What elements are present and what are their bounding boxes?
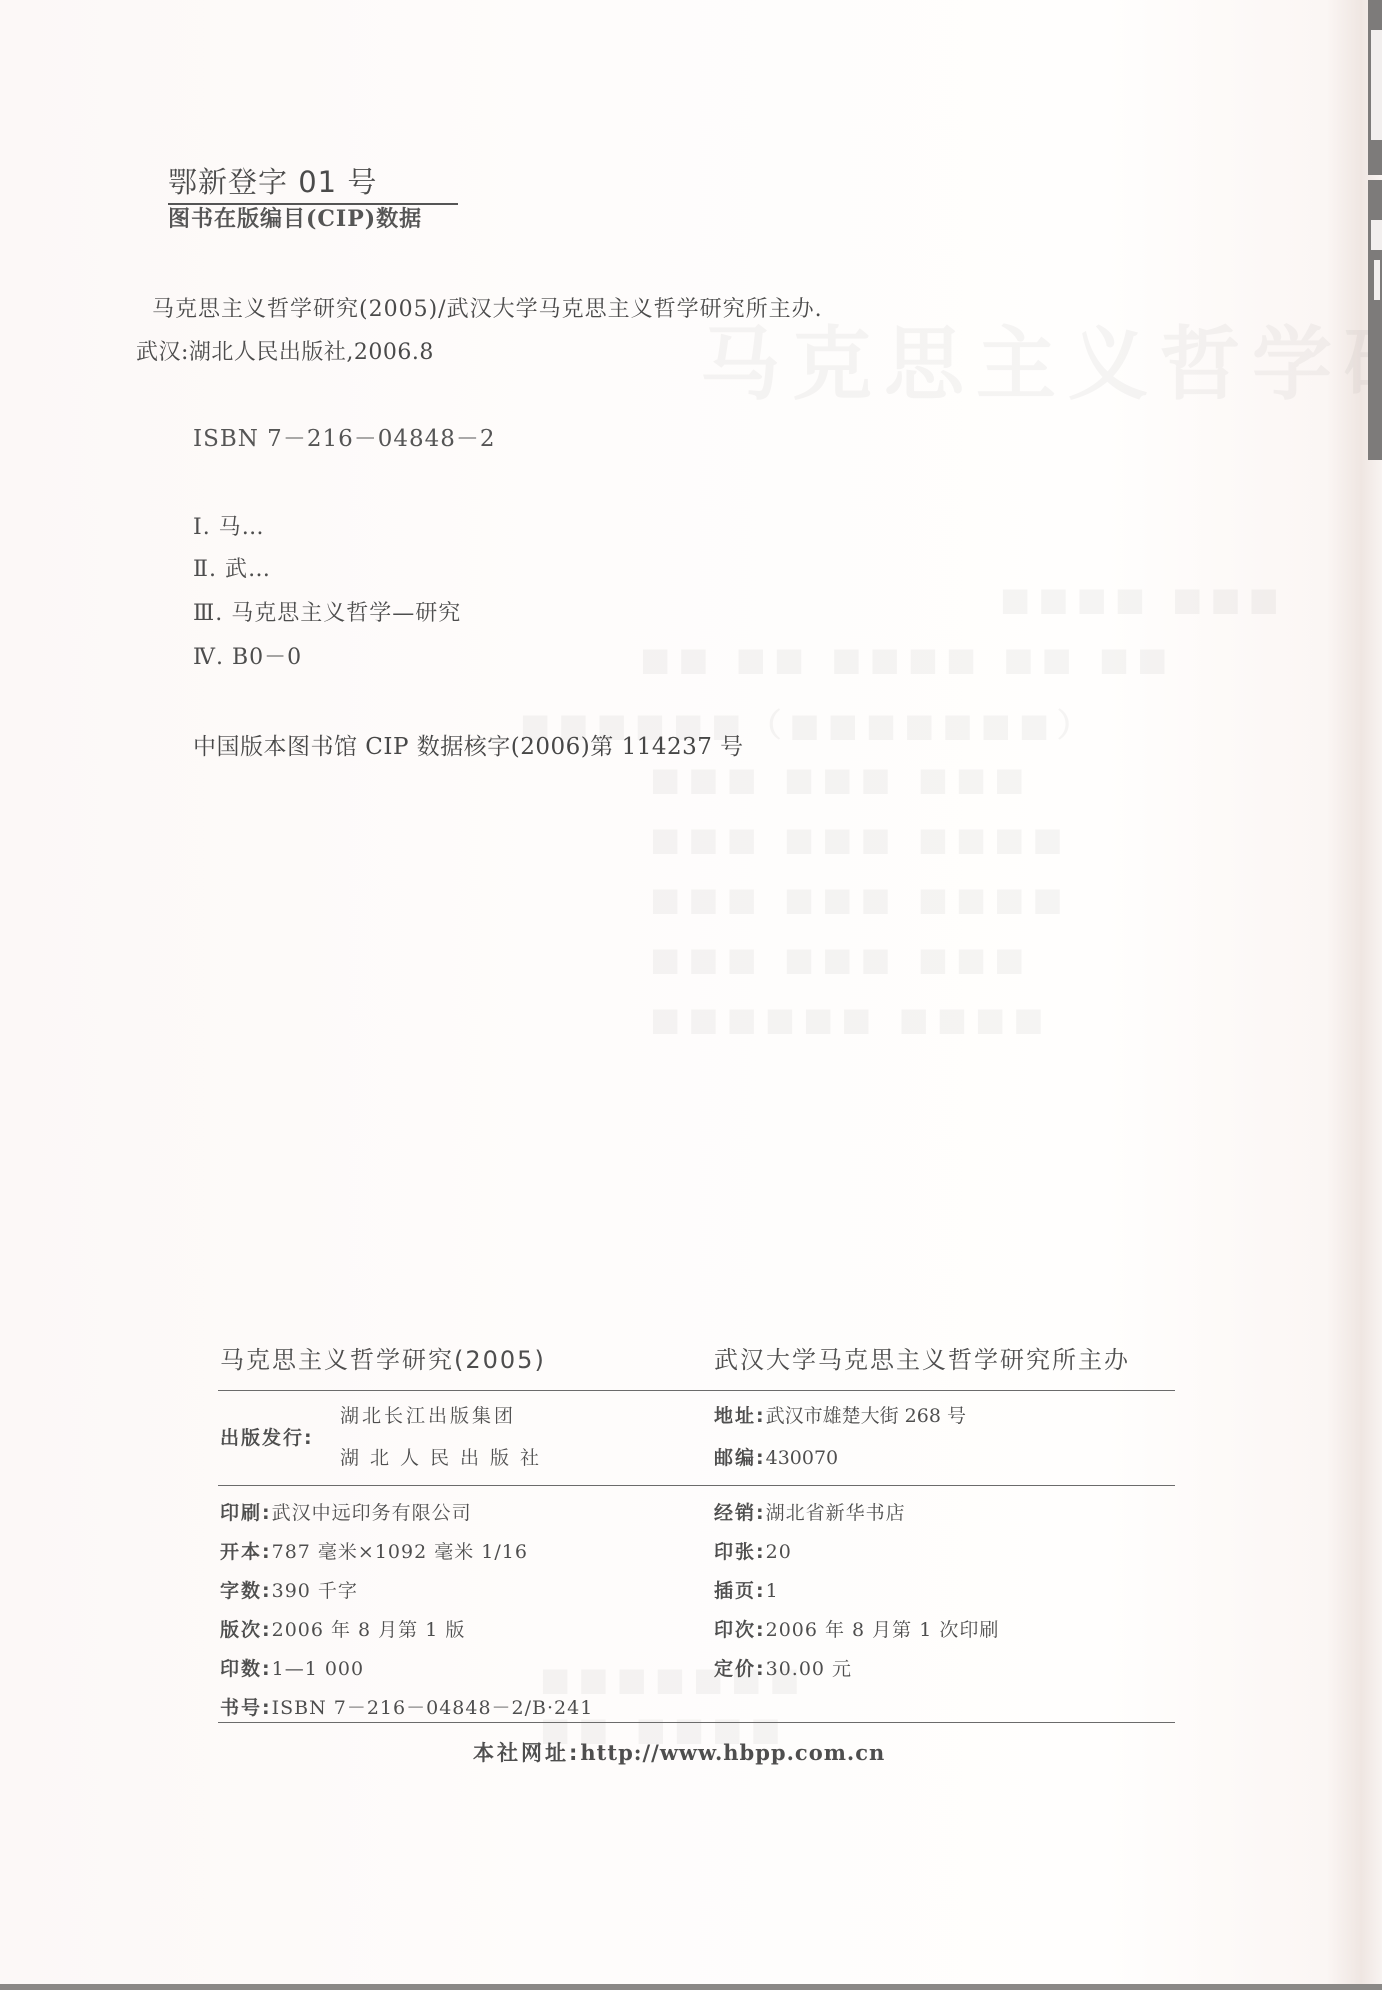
publisher-website: 本社网址:http://www.hbpp.com.cn	[473, 1737, 885, 1767]
sponsor: 武汉大学马克思主义哲学研究所主办	[714, 1340, 1130, 1375]
colophon-title-row: 马克思主义哲学研究(2005) 武汉大学马克思主义哲学研究所主办	[218, 1336, 1175, 1391]
spec-format: 开本:787 毫米×1092 毫米 1/16	[220, 1537, 528, 1564]
cip-publisher-line: 武汉:湖北人民出版社,2006.8	[136, 335, 434, 366]
publisher-group: 湖北长江出版集团	[340, 1401, 516, 1428]
bleed-through-line: ■■ ■■ ■■■■ ■■ ■■	[640, 640, 1175, 678]
subject-class-item: Ⅳ. B0－0	[193, 640, 302, 671]
address-value: 武汉市雄楚大街 268 号	[766, 1405, 966, 1427]
scanned-page: 马克思主义哲学研究 ■■■■ ■■■ ■■ ■■ ■■■■ ■■ ■■ ■■■■…	[0, 0, 1382, 1990]
adjacent-page-edge	[1368, 180, 1382, 460]
spec-distributor: 经销:湖北省新华书店	[714, 1498, 906, 1525]
cip-heading: 图书在版编目(CIP)数据	[168, 202, 422, 233]
spec-sheets: 印张:20	[714, 1537, 792, 1564]
bleed-through-line: ■■■ ■■■ ■■■	[650, 760, 1032, 798]
bleed-through-line: ■■■ ■■■ ■■■■	[650, 820, 1071, 858]
spec-printer: 印刷:武汉中远印务有限公司	[220, 1498, 472, 1525]
cip-title-line: 马克思主义哲学研究(2005)/武汉大学马克思主义哲学研究所主办.	[152, 292, 823, 323]
address-label: 地址:	[714, 1405, 766, 1427]
spec-word-count: 字数:390 千字	[220, 1576, 358, 1603]
adjacent-page-edge	[1368, 0, 1382, 175]
scan-bottom-edge	[0, 1984, 1382, 1990]
spec-inserts: 插页:1	[714, 1576, 779, 1603]
bleed-through-line: ■■■■ ■■■	[1000, 580, 1287, 618]
book-title: 马克思主义哲学研究(2005)	[220, 1340, 546, 1375]
address: 地址:武汉市雄楚大街 268 号	[714, 1401, 966, 1428]
subject-class-item: Ⅰ. 马…	[193, 510, 265, 541]
bleed-through-line: ■■■■■■ ■■■■	[650, 1000, 1051, 1038]
bleed-through-line: ■■■ ■■■ ■■■	[650, 940, 1032, 978]
subject-class-item: Ⅲ. 马克思主义哲学—研究	[193, 596, 461, 627]
website-url: http://www.hbpp.com.cn	[580, 1740, 885, 1765]
publisher-house: 湖北人民出版社	[340, 1443, 550, 1470]
postcode-value: 430070	[766, 1447, 839, 1469]
website-label: 本社网址:	[473, 1741, 580, 1765]
website-row: 本社网址:http://www.hbpp.com.cn	[218, 1723, 1175, 1773]
postcode: 邮编:430070	[714, 1443, 838, 1470]
colophon-table: 马克思主义哲学研究(2005) 武汉大学马克思主义哲学研究所主办 出版发行: 湖…	[218, 1336, 1175, 1773]
spec-edition: 版次:2006 年 8 月第 1 版	[220, 1615, 465, 1642]
bleed-through-line: ■■■ ■■■ ■■■■	[650, 880, 1071, 918]
spec-price: 定价:30.00 元	[714, 1654, 852, 1681]
postcode-label: 邮编:	[714, 1447, 766, 1469]
subject-class-item: Ⅱ. 武…	[193, 552, 271, 583]
spec-print-run: 印数:1—1 000	[220, 1654, 364, 1681]
cip-data-number: 中国版本图书馆 CIP 数据核字(2006)第 114237 号	[193, 728, 744, 761]
spec-book-number: 书号:ISBN 7－216－04848－2/B·241	[220, 1693, 593, 1720]
specifications: 印刷:武汉中远印务有限公司 开本:787 毫米×1092 毫米 1/16 字数:…	[218, 1486, 1175, 1723]
cip-isbn: ISBN 7－216－04848－2	[193, 420, 496, 453]
registration-number: 鄂新登字 01 号	[168, 160, 458, 205]
spec-printing: 印次:2006 年 8 月第 1 次印刷	[714, 1615, 999, 1642]
publisher-label: 出版发行:	[220, 1423, 314, 1450]
publisher-row: 出版发行: 湖北长江出版集团 湖北人民出版社 地址:武汉市雄楚大街 268 号 …	[218, 1391, 1175, 1486]
